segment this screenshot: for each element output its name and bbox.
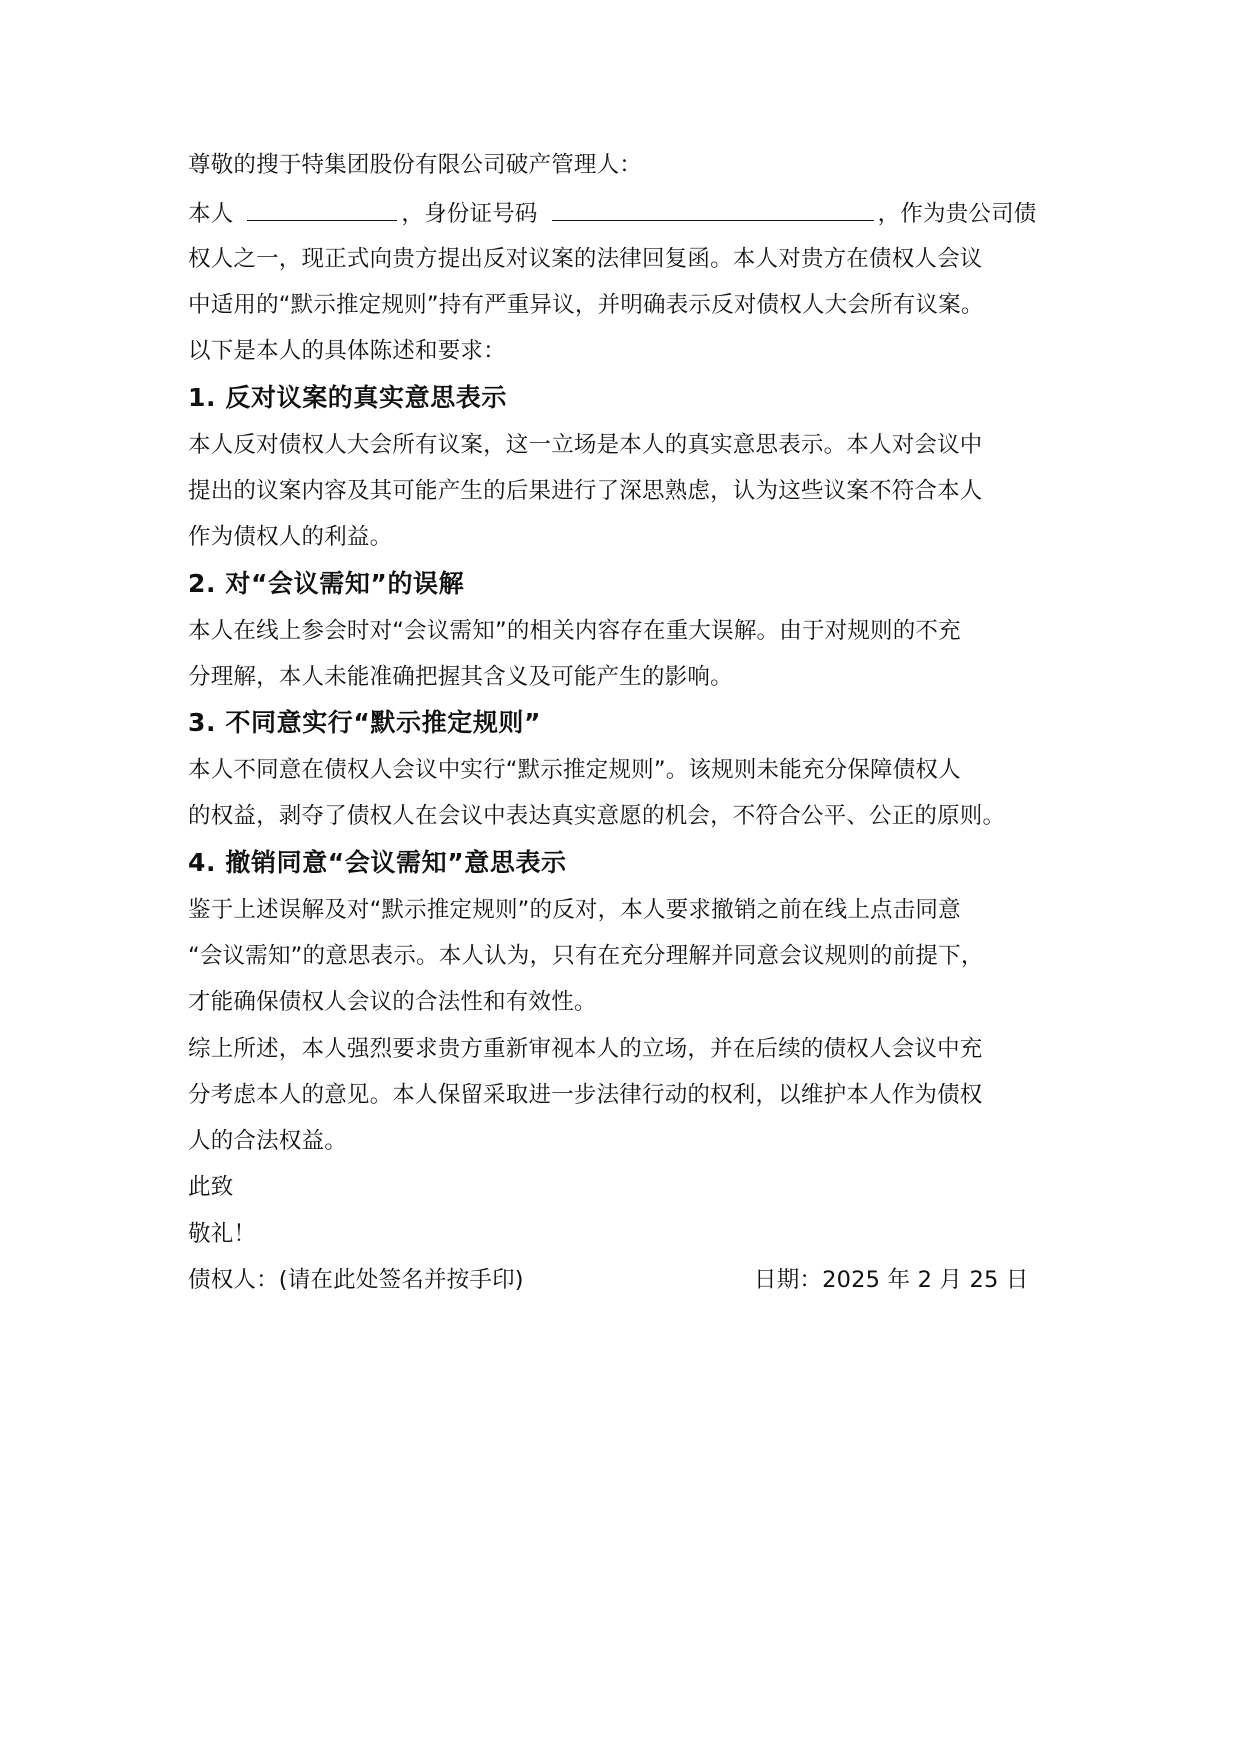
section-4-line: 才能确保债权人会议的合法性和有效性。 xyxy=(188,987,1058,1017)
section-3-line: 本人不同意在债权人会议中实行“默示推定规则”。该规则未能充分保障债权人 xyxy=(188,755,1058,785)
section-1-heading: 1. 反对议案的真实意思表示 xyxy=(188,383,1058,413)
section-4-line: “会议需知”的意思表示。本人认为，只有在充分理解并同意会议规则的前提下， xyxy=(188,941,1058,971)
section-2-heading: 2. 对“会议需知”的误解 xyxy=(188,569,1058,599)
date-label: 日期：2025 年 2 月 25 日 xyxy=(754,1265,1029,1295)
intro-line-2: 权人之一，现正式向贵方提出反对议案的法律回复函。本人对贵方在债权人会议 xyxy=(188,244,1058,274)
section-2-line: 本人在线上参会时对“会议需知”的相关内容存在重大误解。由于对规则的不充 xyxy=(188,616,1058,646)
conclusion-line: 分考虑本人的意见。本人保留采取进一步法律行动的权利，以维护本人作为债权 xyxy=(188,1080,1058,1110)
closing-ci-zhi: 此致 xyxy=(188,1172,1058,1202)
section-3-line: 的权益，剥夺了债权人在会议中表达真实意愿的机会，不符合公平、公正的原则。 xyxy=(188,801,1058,831)
section-4-line: 鉴于上述误解及对“默示推定规则”的反对，本人要求撤销之前在线上点击同意 xyxy=(188,895,1058,925)
intro-suffix: ，作为贵公司债 xyxy=(878,201,1037,227)
section-4-heading: 4. 撤销同意“会议需知”意思表示 xyxy=(188,848,1058,878)
intro-id-label: ，身份证号码 xyxy=(401,201,537,227)
intro-line-1: 本人，身份证号码，作为贵公司债 xyxy=(188,198,1058,229)
section-1-line: 作为债权人的利益。 xyxy=(188,522,1058,552)
intro-prefix: 本人 xyxy=(188,201,233,227)
conclusion-line: 人的合法权益。 xyxy=(188,1126,1058,1156)
section-3-heading: 3. 不同意实行“默示推定规则” xyxy=(188,708,1058,738)
section-1-line: 本人反对债权人大会所有议案，这一立场是本人的真实意思表示。本人对会议中 xyxy=(188,430,1058,460)
intro-line-3: 中适用的“默示推定规则”持有严重异议，并明确表示反对债权人大会所有议案。 xyxy=(188,290,1058,320)
signature-label: 债权人：(请在此处签名并按手印) xyxy=(188,1267,524,1293)
name-blank-field[interactable] xyxy=(247,198,397,221)
conclusion-line: 综上所述，本人强烈要求贵方重新审视本人的立场，并在后续的债权人会议中充 xyxy=(188,1034,1058,1064)
intro-line-4: 以下是本人的具体陈述和要求： xyxy=(188,336,1058,366)
section-2-line: 分理解，本人未能准确把握其含义及可能产生的影响。 xyxy=(188,662,1058,692)
section-1-line: 提出的议案内容及其可能产生的后果进行了深思熟虑，认为这些议案不符合本人 xyxy=(188,476,1058,506)
letter-page: 尊敬的搜于特集团股份有限公司破产管理人： 本人，身份证号码，作为贵公司债 权人之… xyxy=(0,0,1241,1754)
id-number-blank-field[interactable] xyxy=(552,198,874,221)
salutation: 尊敬的搜于特集团股份有限公司破产管理人： xyxy=(188,150,1058,180)
closing-jing-li: 敬礼！ xyxy=(188,1219,1058,1249)
